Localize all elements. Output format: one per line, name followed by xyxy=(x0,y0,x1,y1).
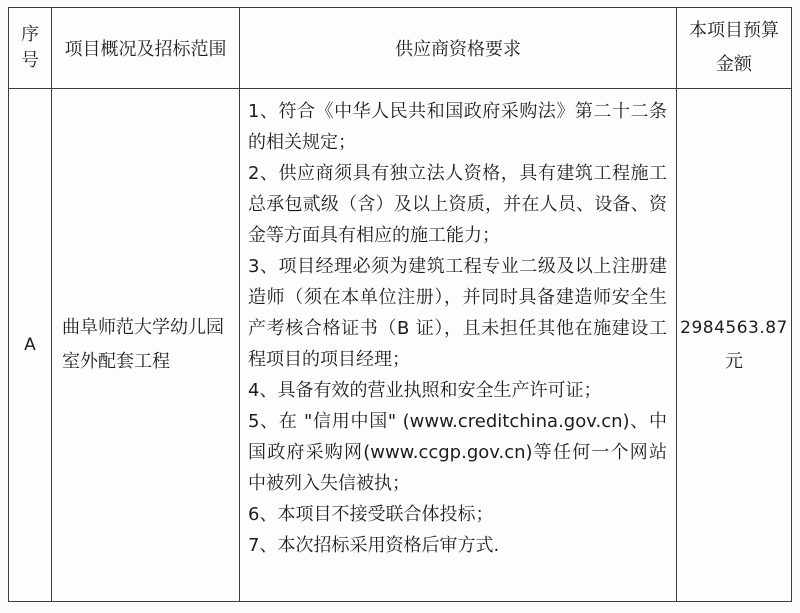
cell-budget-amount: 2984563.87 元 xyxy=(677,89,792,602)
bidding-info-table: 序号 项目概况及招标范围 供应商资格要求 本项目预算金额 A 曲阜师范大学幼儿园… xyxy=(8,7,792,602)
table-row: A 曲阜师范大学幼儿园室外配套工程 1、符合《中华人民共和国政府采购法》第二十二… xyxy=(9,89,792,602)
header-project-scope-label: 项目概况及招标范围 xyxy=(65,39,227,60)
header-serial-number: 序号 xyxy=(9,8,52,89)
cell-project-name: 曲阜师范大学幼儿园室外配套工程 xyxy=(52,89,240,602)
requirement-item-7: 7、本次招标采用资格后审方式. xyxy=(248,530,667,561)
cell-requirements-list: 1、符合《中华人民共和国政府采购法》第二十二条的相关规定； 2、供应商须具有独立… xyxy=(240,89,677,602)
requirement-item-2: 2、供应商须具有独立法人资格，具有建筑工程施工总承包贰级（含）及以上资质，并在人… xyxy=(248,158,667,251)
header-project-scope: 项目概况及招标范围 xyxy=(52,8,240,89)
serial-number-value: A xyxy=(24,335,36,355)
header-supplier-requirements-label: 供应商资格要求 xyxy=(395,39,521,60)
header-budget: 本项目预算金额 xyxy=(677,8,792,89)
header-supplier-requirements: 供应商资格要求 xyxy=(240,8,677,89)
requirement-item-4: 4、具备有效的营业执照和安全生产许可证； xyxy=(248,375,667,406)
cell-serial-number: A xyxy=(9,89,52,602)
document-page: 序号 项目概况及招标范围 供应商资格要求 本项目预算金额 A 曲阜师范大学幼儿园… xyxy=(0,0,800,613)
requirement-item-6: 6、本项目不接受联合体投标； xyxy=(248,499,667,530)
requirement-item-5: 5、在 "信用中国" (www.creditchina.gov.cn)、中国政府… xyxy=(248,406,667,499)
requirement-item-1: 1、符合《中华人民共和国政府采购法》第二十二条的相关规定； xyxy=(248,96,667,158)
budget-unit-label: 元 xyxy=(677,345,791,379)
requirement-item-3: 3、项目经理必须为建筑工程专业二级及以上注册建造师（须在本单位注册），并同时具备… xyxy=(248,251,667,375)
project-name-text: 曲阜师范大学幼儿园室外配套工程 xyxy=(62,311,234,379)
budget-amount-value: 2984563.87 xyxy=(677,311,791,345)
table-header-row: 序号 项目概况及招标范围 供应商资格要求 本项目预算金额 xyxy=(9,8,792,89)
header-serial-number-label: 序号 xyxy=(20,22,41,74)
header-budget-label: 本项目预算金额 xyxy=(682,14,786,82)
